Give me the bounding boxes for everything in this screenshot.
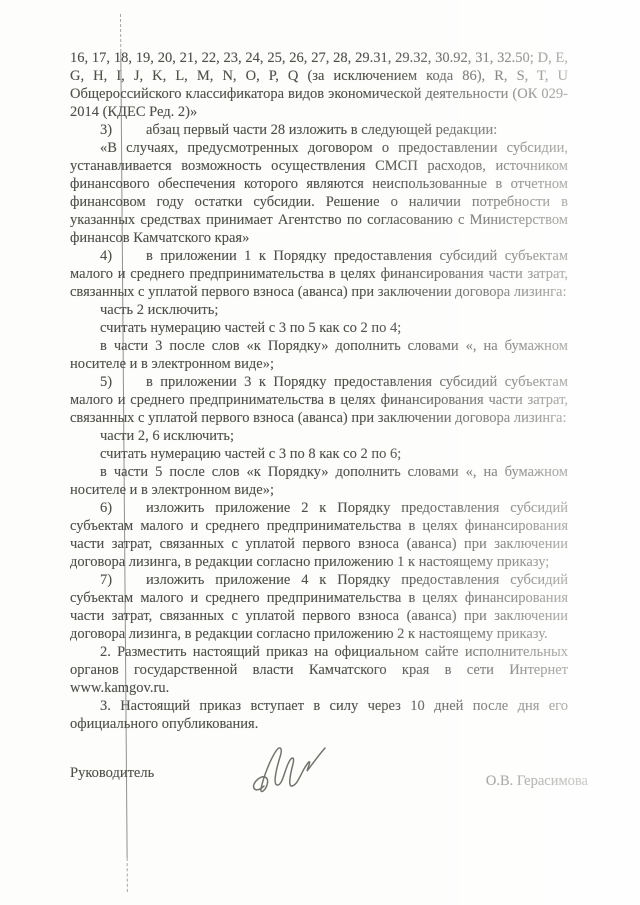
paragraph: считать нумерацию частей с 3 по 8 как со… <box>70 445 568 463</box>
paragraph: 3. Настоящий приказ вступает в силу чере… <box>70 697 568 733</box>
paragraph: 7)изложить приложение 4 к Порядку предос… <box>70 571 568 643</box>
item-number: 4) <box>100 247 146 265</box>
paragraph: «В случаях, предусмотренных договором о … <box>70 139 568 247</box>
paragraph: в части 5 после слов «к Порядку» дополни… <box>70 463 568 499</box>
paragraph: часть 2 исключить; <box>70 301 568 319</box>
document-body-text: 16, 17, 18, 19, 20, 21, 22, 23, 24, 25, … <box>70 49 568 733</box>
paragraph: 16, 17, 18, 19, 20, 21, 22, 23, 24, 25, … <box>70 49 568 121</box>
signatory-name: О.В. Герасимова <box>486 773 588 790</box>
fold-line-dashed-bottom <box>127 858 128 892</box>
signatory-title: Руководитель <box>70 765 154 782</box>
paragraph: части 2, 6 исключить; <box>70 427 568 445</box>
paragraph: 4)в приложении 1 к Порядку предоставлени… <box>70 247 568 301</box>
signature-image <box>248 740 328 807</box>
item-number: 6) <box>100 499 146 517</box>
item-number: 5) <box>100 373 146 391</box>
paragraph: в части 3 после слов «к Порядку» дополни… <box>70 337 568 373</box>
paragraph: 6)изложить приложение 2 к Порядку предос… <box>70 499 568 571</box>
paragraph: считать нумерацию частей с 3 по 5 как со… <box>70 319 568 337</box>
item-number: 3) <box>100 121 146 139</box>
scanned-document-page: 16, 17, 18, 19, 20, 21, 22, 23, 24, 25, … <box>0 0 640 905</box>
paragraph: 5)в приложении 3 к Порядку предоставлени… <box>70 373 568 427</box>
fold-line-dashed-top <box>120 14 121 52</box>
paragraph: 3)абзац первый части 28 изложить в следу… <box>70 121 568 139</box>
paragraph: 2. Разместить настоящий приказ на официа… <box>70 643 568 697</box>
item-number: 7) <box>100 571 146 589</box>
